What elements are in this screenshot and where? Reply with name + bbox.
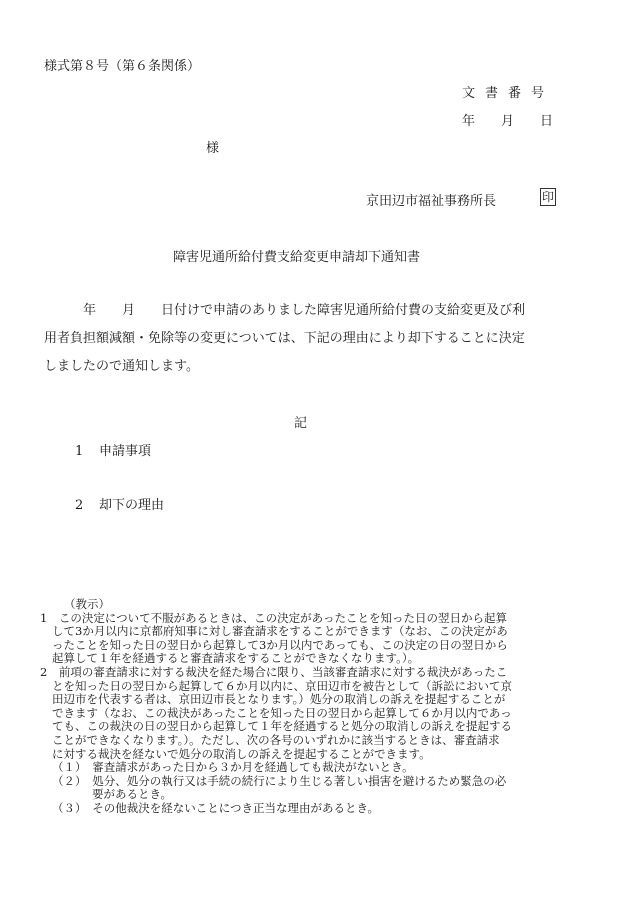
body-line: 年 月 日付けで申請のありました障害児通所給付費の支給変更及び利: [44, 297, 564, 325]
seal-mark-icon: 印: [540, 188, 556, 206]
date-year: 年: [462, 110, 475, 129]
notice-subitem: （１） 審査請求があった日から３か月を経過しても裁決がないとき。: [40, 761, 600, 775]
item-number: 2: [75, 498, 99, 513]
notice-line: 1 この決定について不服があるときは、この決定があったことを知った日の翌日から起…: [40, 612, 600, 626]
item-label: 申請事項: [99, 444, 151, 459]
body-paragraph: 年 月 日付けで申請のありました障害児通所給付費の支給変更及び利 用者負担額減額…: [44, 297, 564, 381]
item-label: 却下の理由: [99, 498, 164, 513]
addressee-honorific: 様: [206, 137, 219, 156]
notice-line: ったことを知った日の翌日から起算して3か月以内であっても、この決定の日の翌日から: [40, 639, 600, 653]
item-rejection-reason: 2却下の理由: [75, 494, 164, 513]
notice-line: 田辺市を代表する者は、京田辺市長となります。）処分の取消しの訴えを提起することが: [40, 693, 600, 707]
notice-line: できます（なお、この裁決があったことを知った日の翌日から起算して６か月以内であっ: [40, 707, 600, 721]
body-line: しましたので通知します。: [44, 353, 564, 381]
notice-line: に対する裁決を経ないで処分の取消しの訴えを提起することができます。: [40, 748, 600, 762]
form-number: 様式第８号（第６条関係）: [44, 55, 200, 74]
document-number-label: 文書番号: [462, 82, 554, 101]
appeal-notice: （教示） 1 この決定について不服があるときは、この決定があったことを知った日の…: [40, 598, 600, 816]
notice-line: 起算して１年を経過すると審査請求をすることができなくなります。）。: [40, 652, 600, 666]
item-number: 1: [75, 444, 99, 459]
notice-subitem: （２） 処分、処分の執行又は手続の続行により生じる著しい損害を避けるため緊急の必: [40, 775, 600, 789]
date-line: 年月日: [462, 110, 553, 129]
document-title: 障害児通所給付費支給変更申請却下通知書: [173, 246, 420, 265]
sender-name: 京田辺市福祉事務所長: [366, 190, 496, 209]
notice-subitem: （３） その他裁決を経ないことにつき正当な理由があるとき。: [40, 802, 600, 816]
notice-line: とを知った日の翌日から起算して６か月以内に、京田辺市を被告として（訴訟において京: [40, 680, 600, 694]
notice-line: 2 前項の審査請求に対する裁決を経た場合に限り、当該審査請求に対する裁決があった…: [40, 666, 600, 680]
notice-line: ことができなくなります。）。ただし、次の各号のいずれかに該当するときは、審査請求: [40, 734, 600, 748]
item-application-matter: 1申請事項: [75, 440, 151, 459]
notice-line: ても、この裁決の日の翌日から起算して１年を経過すると処分の取消しの訴えを提起する: [40, 720, 600, 734]
body-line: 用者負担額減額・免除等の変更については、下記の理由により却下することに決定: [44, 325, 564, 353]
notice-subitem-continuation: 要があるとき。: [40, 788, 600, 802]
notice-line: して3か月以内に京都府知事に対し審査請求をすることができます（なお、この決定があ: [40, 625, 600, 639]
ki-heading: 記: [294, 412, 307, 431]
notice-heading: （教示）: [40, 598, 600, 612]
date-day: 日: [540, 110, 553, 129]
date-month: 月: [501, 110, 514, 129]
